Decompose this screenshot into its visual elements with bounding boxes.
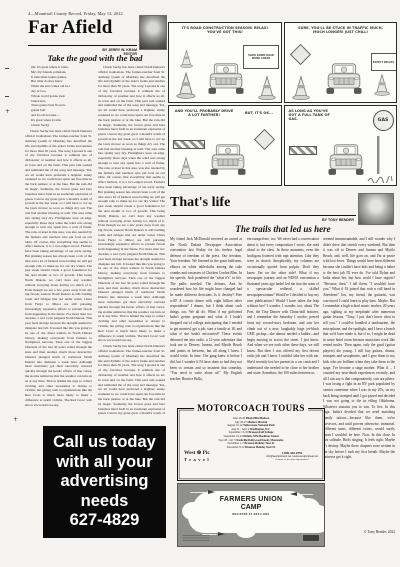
traffic-cone-icon	[175, 71, 197, 99]
detour-diamond-sign	[254, 129, 275, 150]
thats-life-column-1: My friend Jack McDonald received an awar…	[170, 237, 242, 405]
tour-name: Nashville/Dollywood/Smoky Mountains	[236, 439, 283, 442]
registration-tick	[5, 68, 9, 69]
ad-phone-number: 627-4829	[70, 511, 140, 531]
cartoon-panel-3: AND YOU'LL PROBABLY DRIVE A LOT FARTHER!…	[168, 105, 282, 186]
thats-life-column-3: seemed insurmountable, and I still wonde…	[323, 237, 395, 527]
construction-barricade	[289, 146, 317, 155]
tour-name: Branson Holiday Tour #2	[245, 446, 275, 449]
camp-fine-print	[183, 535, 209, 542]
cartoon-panel-1: IT'S ROAD CONSTRUCTION SEASON! RELAX! YO…	[168, 22, 282, 103]
ad-line: advertising	[60, 472, 148, 492]
far-afield-title: Far Afield	[28, 17, 113, 39]
article-text: Chuck Suchy has been called North Dakota…	[25, 129, 92, 407]
jet-icon	[218, 532, 225, 536]
traffic-cone-icon	[291, 75, 311, 100]
editorial-cartoon: IT'S ROAD CONSTRUCTION SEASON! RELAX! YO…	[168, 22, 397, 186]
traffic-cone-icon	[179, 49, 194, 68]
registration-mark: +	[13, 416, 18, 423]
jet-contrail	[190, 492, 207, 493]
thats-life-byline: BY TONY BENDER	[240, 218, 354, 222]
camp-title-line: FARMERS UNION	[192, 496, 310, 504]
travel-agency-logo: West ⊕ Pic Travel	[184, 451, 211, 462]
thats-life-column-2: encouraged me, too. We never had a conve…	[247, 237, 319, 405]
masthead-rule	[170, 215, 356, 216]
panel-caption: AND YOU'LL PROBABLY DRIVE A LOT FARTHER!	[173, 109, 235, 117]
newspaper-page: 4—Mountrail County Record, Friday, May 1…	[0, 0, 400, 567]
thats-life-title: That's life	[170, 195, 230, 211]
cartoon-panel-2: SURE, YOU'LL BE STUCK IN TRAFFIC MUCH, M…	[284, 22, 398, 103]
road-work-diamond-sign	[289, 44, 310, 65]
tour-dates: September 13-18	[229, 431, 248, 434]
car-illustration	[321, 136, 371, 182]
logo-word: West	[184, 450, 195, 456]
motorcoach-tours-ad: MOTORCOACH TOURS June 26-29 Black Hills/…	[177, 408, 325, 481]
tour-dates: September 19-23	[223, 435, 242, 438]
jet-icon	[208, 490, 215, 494]
song-quote: Oh, it's great where it rains, My city f…	[25, 65, 92, 127]
farmers-union-camp-ad: FARMERS UNION CAMP REGISTER AT NDFU.ORG	[177, 483, 325, 547]
traffic-cone-icon	[257, 75, 277, 100]
column-copyright: © Tony Bender, 2022	[323, 530, 395, 534]
logo-word: Travel	[184, 457, 211, 463]
advertising-house-ad: Call us today with all your advertising …	[43, 426, 166, 538]
tour-name: Black Hills/Medora	[246, 417, 269, 420]
ad-line: needs	[81, 492, 129, 512]
motorcoach-ad-title: MOTORCOACH TOURS	[194, 403, 308, 413]
ad-line: with all your	[56, 453, 152, 473]
registration-tick	[5, 96, 9, 97]
car-illustration	[203, 136, 253, 182]
panel-caption: IT'S ROAD CONSTRUCTION SEASON! RELAX! YO…	[177, 26, 273, 34]
folio-line: 4—Mountrail County Record, Friday, May 1…	[28, 11, 123, 16]
tour-name: Branson Fall Foliage	[249, 431, 274, 434]
jet-contrail	[297, 494, 313, 495]
tour-name: Duluth, MN/Mackinac Island	[243, 435, 278, 438]
logo-word: Pic	[203, 450, 210, 456]
tour-dates: July 26-27	[235, 421, 247, 424]
globe-icon: ⊕	[197, 450, 202, 456]
travel-tagline: Contact us for more information!	[266, 458, 318, 461]
tour-name: Medora Musical	[247, 421, 267, 424]
tour-dates: June 26-29	[233, 417, 245, 420]
editor-photo	[139, 15, 167, 50]
gas-sign-post	[371, 136, 385, 176]
cartoonist-signature	[367, 176, 393, 183]
expect-delays-sign: EXPECT DELAYS	[371, 53, 397, 71]
tour-name: Yellowstone National Park	[243, 424, 275, 427]
tour-name: Branson Holiday Tour #1	[244, 442, 274, 445]
travel-contact-info: 1.800.440.2751 info@westpictravel.net | …	[266, 452, 318, 462]
panel-caption: AS LONG AS YOU'VE GOT A FULL TANK OF GAS…	[289, 109, 335, 122]
farmers-union-logo	[302, 534, 320, 542]
traffic-cone-icon	[373, 73, 391, 96]
farmers-union-camp-text: FARMERS UNION CAMP REGISTER AT NDFU.ORG	[192, 496, 310, 516]
tour-dates: November 1-7	[227, 442, 243, 445]
car-illustration	[319, 55, 369, 101]
tour-dates: Aug 31 - Sept 4	[231, 428, 249, 431]
camp-register-line: REGISTER AT NDFU.ORG	[192, 513, 310, 516]
panel-caption: SURE, YOU'LL BE STUCK IN TRAFFIC MUCH, M…	[293, 26, 389, 34]
thats-life-headline: The trails that led us here	[170, 224, 396, 234]
tour-dates: November 8-12	[227, 446, 245, 449]
masthead-rule	[28, 45, 137, 46]
cloud-puff	[236, 524, 256, 538]
columnist-photo	[358, 193, 394, 225]
far-afield-article: Oh, it's great where it rains, My city f…	[25, 65, 165, 417]
tour-dates: August 10-14	[227, 424, 242, 427]
traffic-cone-icon	[177, 156, 195, 179]
construction-barricade	[173, 140, 205, 149]
tour-list: June 26-29 Black Hills/Medora July 26-27…	[178, 417, 324, 449]
car-illustration	[201, 55, 251, 101]
tour-name: Washington, D.C.	[250, 428, 271, 431]
far-afield-headline: Take the good with the bad	[25, 53, 165, 63]
tour-dates: Sept 28 - Oct 5	[219, 439, 236, 442]
article-text: Chuck Suchy has been called North Dakota…	[98, 65, 165, 343]
registration-mark: +	[5, 108, 10, 115]
cartoon-panel-4: AS LONG AS YOU'VE GOT A FULL TANK OF GAS…	[284, 105, 398, 186]
panel-caption: BUT, IT'S OK...	[239, 111, 279, 115]
camp-title-line: CAMP	[192, 504, 310, 512]
ad-line: Call us today	[53, 433, 156, 453]
gas-price-sign: GAS	[373, 110, 394, 131]
